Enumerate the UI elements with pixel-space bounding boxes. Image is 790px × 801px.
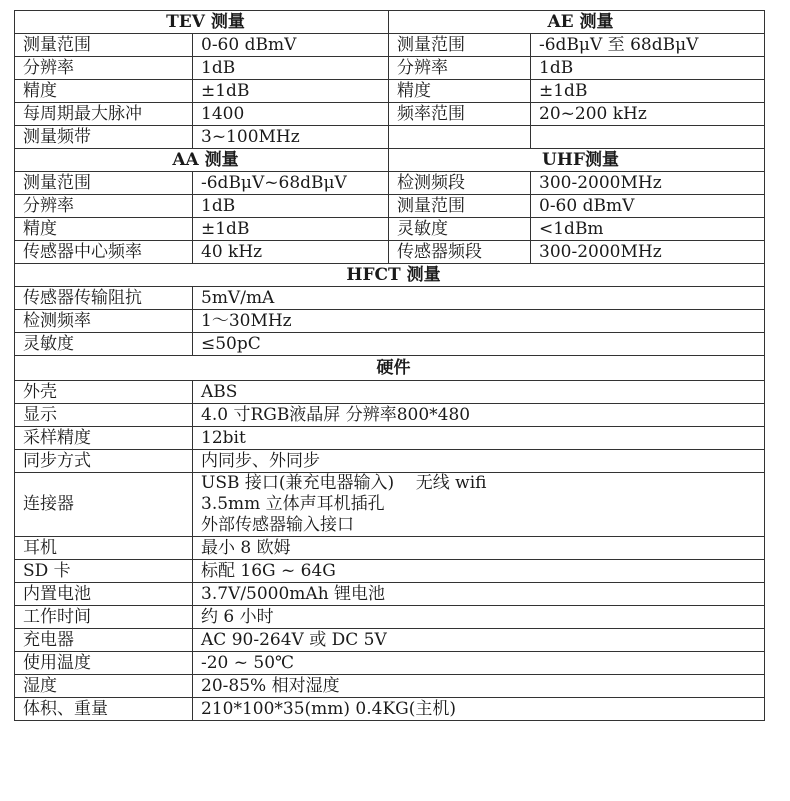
table-row: 显示 4.0 寸RGB液晶屏 分辨率800*480 <box>15 404 765 427</box>
hardware-value: 内同步、外同步 <box>193 450 765 473</box>
hardware-value: 标配 16G ~ 64G <box>193 560 765 583</box>
tev-label: 分辨率 <box>15 57 193 80</box>
hfct-title: HFCT 测量 <box>15 264 765 287</box>
table-row: 内置电池 3.7V/5000mAh 锂电池 <box>15 583 765 606</box>
tev-title: TEV 测量 <box>15 11 389 34</box>
table-row: 精度 ±1dB 精度 ±1dB <box>15 80 765 103</box>
table-row: 分辨率 1dB 测量范围 0-60 dBmV <box>15 195 765 218</box>
section-header-row: TEV 测量 AE 测量 <box>15 11 765 34</box>
hfct-value: 1～30MHz <box>193 310 765 333</box>
table-row: SD 卡 标配 16G ~ 64G <box>15 560 765 583</box>
table-row: 灵敏度 ≤50pC <box>15 333 765 356</box>
hfct-label: 检测频率 <box>15 310 193 333</box>
uhf-value: <1dBm <box>531 218 765 241</box>
hardware-value: 约 6 小时 <box>193 606 765 629</box>
hfct-value: ≤50pC <box>193 333 765 356</box>
hardware-value: 12bit <box>193 427 765 450</box>
section-header-row: AA 测量 UHF测量 <box>15 149 765 172</box>
table-row: 使用温度 -20 ~ 50℃ <box>15 652 765 675</box>
hardware-label: 内置电池 <box>15 583 193 606</box>
hardware-title: 硬件 <box>15 356 765 381</box>
hfct-label: 灵敏度 <box>15 333 193 356</box>
hardware-value: AC 90-264V 或 DC 5V <box>193 629 765 652</box>
hardware-label: 采样精度 <box>15 427 193 450</box>
table-row: 检测频率 1～30MHz <box>15 310 765 333</box>
hardware-label: 工作时间 <box>15 606 193 629</box>
ae-label <box>389 126 531 149</box>
table-row: 测量频带 3~100MHz <box>15 126 765 149</box>
hardware-label: 连接器 <box>15 473 193 537</box>
hardware-value: 最小 8 欧姆 <box>193 537 765 560</box>
aa-value: 1dB <box>193 195 389 218</box>
ae-label: 精度 <box>389 80 531 103</box>
connector-line: 外部传感器输入接口 <box>201 515 764 536</box>
uhf-value: 0-60 dBmV <box>531 195 765 218</box>
hfct-label: 传感器传输阻抗 <box>15 287 193 310</box>
uhf-value: 300-2000MHz <box>531 241 765 264</box>
table-row: 湿度 20-85% 相对湿度 <box>15 675 765 698</box>
hardware-label: 使用温度 <box>15 652 193 675</box>
section-header-row: 硬件 <box>15 356 765 381</box>
spec-table: TEV 测量 AE 测量 测量范围 0-60 dBmV 测量范围 -6dBμV … <box>14 10 765 721</box>
table-row: 耳机 最小 8 欧姆 <box>15 537 765 560</box>
hardware-label: 湿度 <box>15 675 193 698</box>
hardware-label: 外壳 <box>15 381 193 404</box>
aa-label: 传感器中心频率 <box>15 241 193 264</box>
hardware-label: 体积、重量 <box>15 698 193 721</box>
table-row: 精度 ±1dB 灵敏度 <1dBm <box>15 218 765 241</box>
hardware-label: 耳机 <box>15 537 193 560</box>
ae-label: 测量范围 <box>389 34 531 57</box>
tev-label: 精度 <box>15 80 193 103</box>
table-row: 分辨率 1dB 分辨率 1dB <box>15 57 765 80</box>
aa-label: 测量范围 <box>15 172 193 195</box>
tev-label: 测量频带 <box>15 126 193 149</box>
tev-label: 测量范围 <box>15 34 193 57</box>
table-row: 同步方式 内同步、外同步 <box>15 450 765 473</box>
hardware-value: ABS <box>193 381 765 404</box>
table-row: 测量范围 -6dBμV~68dBμV 检测频段 300-2000MHz <box>15 172 765 195</box>
ae-title: AE 测量 <box>389 11 765 34</box>
uhf-label: 灵敏度 <box>389 218 531 241</box>
tev-value: 3~100MHz <box>193 126 389 149</box>
hardware-label: 充电器 <box>15 629 193 652</box>
uhf-value: 300-2000MHz <box>531 172 765 195</box>
hardware-label: SD 卡 <box>15 560 193 583</box>
hardware-value: 3.7V/5000mAh 锂电池 <box>193 583 765 606</box>
table-row: 工作时间 约 6 小时 <box>15 606 765 629</box>
ae-value: -6dBμV 至 68dBμV <box>531 34 765 57</box>
table-row: 测量范围 0-60 dBmV 测量范围 -6dBμV 至 68dBμV <box>15 34 765 57</box>
aa-title: AA 测量 <box>15 149 389 172</box>
hardware-value: 210*100*35(mm) 0.4KG(主机) <box>193 698 765 721</box>
ae-value: ±1dB <box>531 80 765 103</box>
table-row: 每周期最大脉冲 1400 频率范围 20~200 kHz <box>15 103 765 126</box>
ae-value <box>531 126 765 149</box>
table-row: 采样精度 12bit <box>15 427 765 450</box>
connector-line: USB 接口(兼充电器输入) 无线 wifi <box>201 473 764 494</box>
hardware-value: 4.0 寸RGB液晶屏 分辨率800*480 <box>193 404 765 427</box>
uhf-label: 传感器频段 <box>389 241 531 264</box>
uhf-label: 测量范围 <box>389 195 531 218</box>
section-header-row: HFCT 测量 <box>15 264 765 287</box>
ae-label: 分辨率 <box>389 57 531 80</box>
aa-label: 精度 <box>15 218 193 241</box>
aa-label: 分辨率 <box>15 195 193 218</box>
aa-value: ±1dB <box>193 218 389 241</box>
table-row: 连接器 USB 接口(兼充电器输入) 无线 wifi 3.5mm 立体声耳机插孔… <box>15 473 765 537</box>
table-row: 充电器 AC 90-264V 或 DC 5V <box>15 629 765 652</box>
hfct-value: 5mV/mA <box>193 287 765 310</box>
ae-label: 频率范围 <box>389 103 531 126</box>
uhf-label: 检测频段 <box>389 172 531 195</box>
table-row: 传感器传输阻抗 5mV/mA <box>15 287 765 310</box>
tev-value: 0-60 dBmV <box>193 34 389 57</box>
table-row: 外壳 ABS <box>15 381 765 404</box>
hardware-label: 同步方式 <box>15 450 193 473</box>
aa-value: 40 kHz <box>193 241 389 264</box>
tev-value: 1400 <box>193 103 389 126</box>
table-row: 传感器中心频率 40 kHz 传感器频段 300-2000MHz <box>15 241 765 264</box>
connector-line: 3.5mm 立体声耳机插孔 <box>201 494 764 515</box>
hardware-value-multiline: USB 接口(兼充电器输入) 无线 wifi 3.5mm 立体声耳机插孔 外部传… <box>193 473 765 537</box>
tev-label: 每周期最大脉冲 <box>15 103 193 126</box>
tev-value: 1dB <box>193 57 389 80</box>
ae-value: 20~200 kHz <box>531 103 765 126</box>
uhf-title: UHF测量 <box>389 149 765 172</box>
aa-value: -6dBμV~68dBμV <box>193 172 389 195</box>
ae-value: 1dB <box>531 57 765 80</box>
hardware-value: 20-85% 相对湿度 <box>193 675 765 698</box>
tev-value: ±1dB <box>193 80 389 103</box>
table-row: 体积、重量 210*100*35(mm) 0.4KG(主机) <box>15 698 765 721</box>
hardware-value: -20 ~ 50℃ <box>193 652 765 675</box>
hardware-label: 显示 <box>15 404 193 427</box>
